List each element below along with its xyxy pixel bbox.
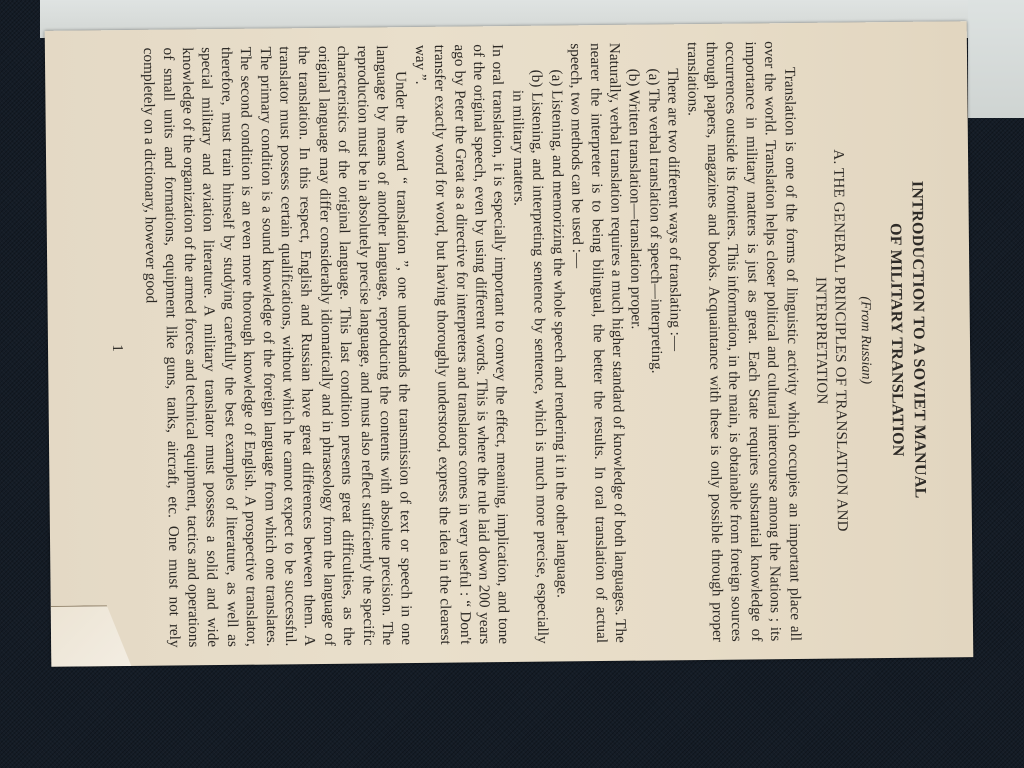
list-item-3b: (b) Listening, and interpreting sentence… xyxy=(507,44,552,644)
background-surface-right xyxy=(968,0,1024,118)
paragraph-3: Naturally, verbal translation requires a… xyxy=(566,43,630,644)
paragraph-5: Under the word “ translation ”, one unde… xyxy=(139,45,417,648)
page-text: INTRODUCTION TO A SOVIET MANUAL OF MILIT… xyxy=(86,40,932,649)
section-heading-line-1: A. THE GENERAL PRINCIPLES OF TRANSLATION… xyxy=(827,40,850,640)
paragraph-4: In oral translation, it is especially im… xyxy=(410,44,513,645)
page-number: 1 xyxy=(103,48,129,648)
paragraph-1: Translation is one of the forms of lingu… xyxy=(682,41,805,642)
subtitle: (From Russian) xyxy=(852,40,878,640)
document-page: INTRODUCTION TO A SOVIET MANUAL OF MILIT… xyxy=(45,21,974,667)
